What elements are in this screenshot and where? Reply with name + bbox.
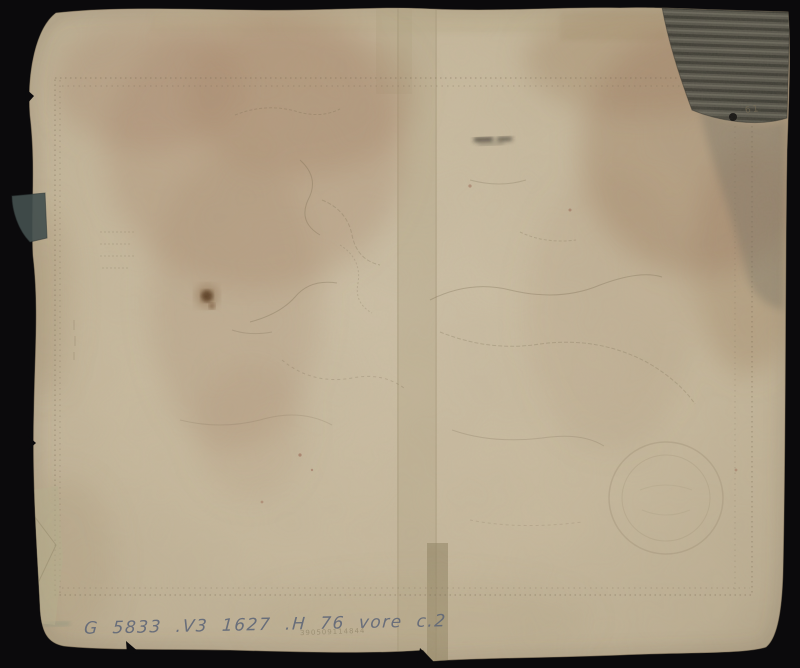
corner-pencil-mark: 61 — [744, 104, 761, 116]
paper-texture — [0, 0, 800, 668]
photo-backdrop: G 5833 .V3 1627 .H 76 vore c.2 390509114… — [0, 0, 800, 668]
map-verso-sheet-art — [0, 0, 800, 668]
